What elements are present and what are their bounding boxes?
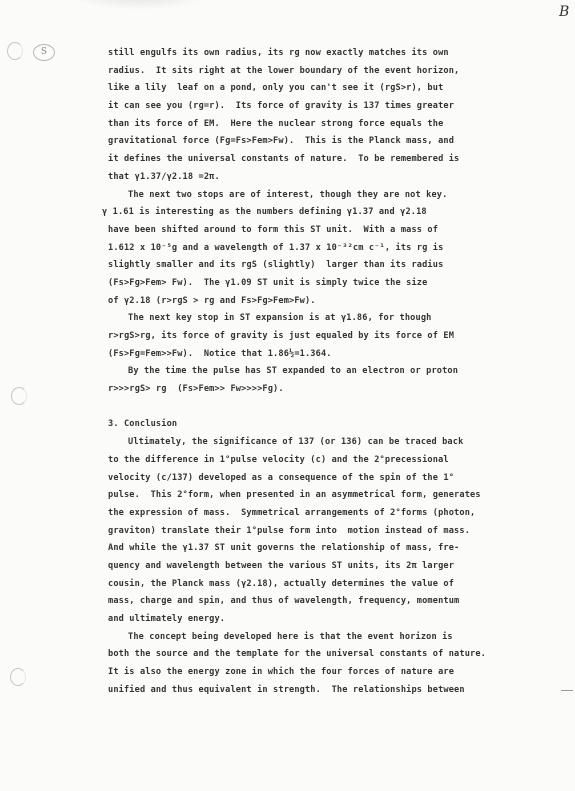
scan-smudge xyxy=(70,0,210,10)
paragraph: still engulfs its own radius, its rɡ now… xyxy=(108,45,575,187)
text-line: quency and wavelength between the variou… xyxy=(108,558,575,576)
margin-note: S xyxy=(33,44,55,61)
paragraph: The next two stops are of interest, thou… xyxy=(108,187,575,311)
section-heading: 3. Conclusion xyxy=(108,416,575,434)
text-line: (Fs>Fɡ=Fem>>Fw). Notice that 1.86½=1.364… xyxy=(108,346,575,364)
text-line: γ 1.61 is interesting as the numbers def… xyxy=(102,204,575,222)
document-body: still engulfs its own radius, its rɡ now… xyxy=(108,45,575,699)
text-line: The next key stop in ST expansion is at … xyxy=(108,310,575,328)
punch-hole xyxy=(7,42,23,60)
paragraph: By the time the pulse has ST expanded to… xyxy=(108,363,575,398)
text-line: 1.612 x 10⁻⁵g and a wavelength of 1.37 x… xyxy=(108,240,575,258)
text-line: The next two stops are of interest, thou… xyxy=(108,187,575,205)
text-line: gravitational force (Fɡ=Fs>Fem>Fw). This… xyxy=(108,133,575,151)
punch-hole xyxy=(10,668,26,686)
text-line: both the source and the template for the… xyxy=(108,646,575,664)
text-line: the expression of mass. Symmetrical arra… xyxy=(108,505,575,523)
text-line: it defines the universal constants of na… xyxy=(108,151,575,169)
paragraph: The next key stop in ST expansion is at … xyxy=(108,310,575,363)
text-line: like a lily leaf on a pond, only you can… xyxy=(108,80,575,98)
text-line: still engulfs its own radius, its rɡ now… xyxy=(108,45,575,63)
text-line: pulse. This 2°form, when presented in an… xyxy=(108,487,575,505)
text-line: it can see you (rɡ=r). Its force of grav… xyxy=(108,98,575,116)
text-line: r>rɡS>rɡ, its force of gravity is just e… xyxy=(108,328,575,346)
text-line: of γ2.18 (r>rɡS > rɡ and Fs>Fɡ>Fem>Fw). xyxy=(108,293,575,311)
page-marker: B xyxy=(559,4,569,20)
text-line: And while the γ1.37 ST unit governs the … xyxy=(108,540,575,558)
text-line: to the difference in 1°pulse velocity (c… xyxy=(108,452,575,470)
text-line: cousin, the Planck mass (γ2.18), actuall… xyxy=(108,576,575,594)
text-line: than its force of EM. Here the nuclear s… xyxy=(108,116,575,134)
text-line: have been shifted around to form this ST… xyxy=(108,222,575,240)
paragraph: Ultimately, the significance of 137 (or … xyxy=(108,434,575,629)
text-line: By the time the pulse has ST expanded to… xyxy=(108,363,575,381)
text-line: (Fs>Fɡ>Fem> Fw). The γ1.09 ST unit is si… xyxy=(108,275,575,293)
text-line: Ultimately, the significance of 137 (or … xyxy=(108,434,575,452)
text-line: radius. It sits right at the lower bound… xyxy=(108,63,575,81)
text-line: graviton) translate their 1°pulse form i… xyxy=(108,523,575,541)
text-line: velocity (c/137) developed as a conseque… xyxy=(108,470,575,488)
text-line: unified and thus equivalent in strength.… xyxy=(108,682,575,700)
punch-hole xyxy=(11,387,27,405)
paragraph: The concept being developed here is that… xyxy=(108,629,575,700)
text-line: It is also the energy zone in which the … xyxy=(108,664,575,682)
text-line: slightly smaller and its rɡS (slightly) … xyxy=(108,257,575,275)
text-line: and ultimately energy. xyxy=(108,611,575,629)
text-line: mass, charge and spin, and thus of wavel… xyxy=(108,593,575,611)
text-line: The concept being developed here is that… xyxy=(108,629,575,647)
text-line: that γ1.37/γ2.18 =2π. xyxy=(108,169,575,187)
text-line: r>>>rɡS> rɡ (Fs>Fem>> Fw>>>>Fɡ). xyxy=(108,381,575,399)
